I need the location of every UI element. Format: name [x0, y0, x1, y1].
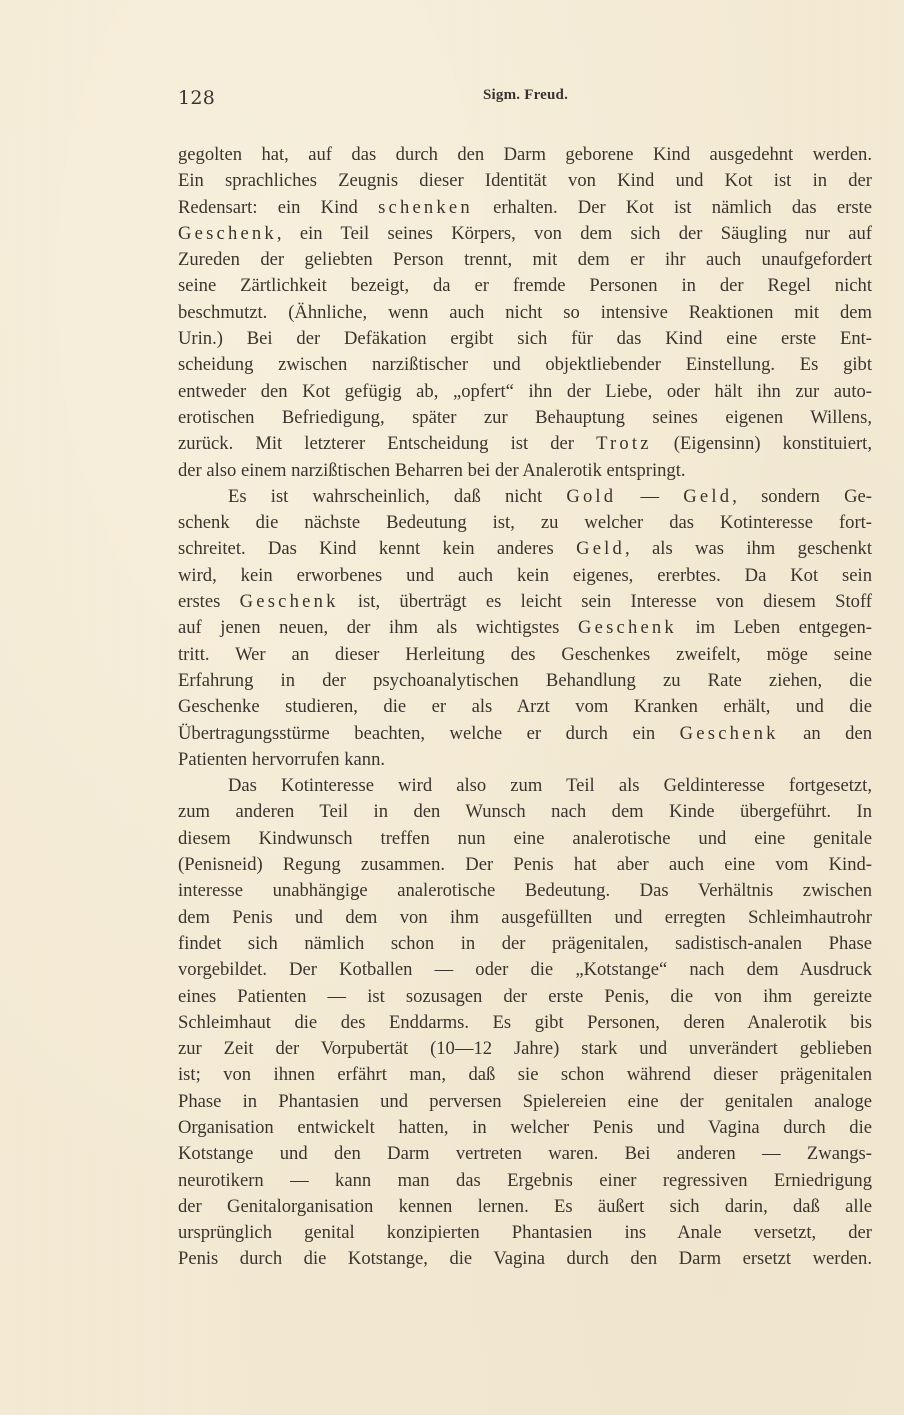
running-head: 128 Sigm. Freud. — [178, 87, 872, 113]
text-line: dem Penis und dem von ihm ausgefüllten u… — [178, 905, 872, 931]
text-line: Geschenke studieren, die er als Arzt vom… — [178, 694, 872, 720]
emphasized-word: Trotz — [596, 433, 652, 454]
text-line: neurotikern — kann man das Ergebnis eine… — [178, 1168, 872, 1194]
emphasized-word: schenken — [378, 197, 473, 218]
text-line: Übertragungsstürme beachten, welche er d… — [178, 721, 872, 747]
emphasized-word: Geschenk — [240, 591, 339, 612]
emphasized-word: Geld — [683, 486, 732, 507]
emphasized-word: Geschenk — [578, 617, 677, 638]
text-line: vorgebildet. Der Kotballen — oder die „K… — [178, 957, 872, 983]
text-line: Penis durch die Kotstange, die Vagina du… — [178, 1246, 872, 1272]
emphasized-word: Gold — [566, 486, 616, 507]
emphasized-word: Geld — [576, 538, 625, 559]
text-line: Geschenk, ein Teil seines Körpers, von d… — [178, 221, 872, 247]
running-title: Sigm. Freud. — [483, 87, 568, 104]
text-line: gegolten hat, auf das durch den Darm geb… — [178, 142, 872, 168]
text-line: Patienten hervorrufen kann. — [178, 747, 872, 773]
text-line: (Penisneid) Regung zusammen. Der Penis h… — [178, 852, 872, 878]
text-line: interesse unabhängige analerotische Bede… — [178, 878, 872, 904]
body-text: gegolten hat, auf das durch den Darm geb… — [178, 142, 872, 1273]
emphasized-word: Geschenk — [680, 723, 779, 744]
paragraph: Es ist wahrscheinlich, daß nicht Gold — … — [178, 484, 872, 773]
book-page: 128 Sigm. Freud. gegolten hat, auf das d… — [0, 0, 904, 1415]
text-line: Organisation entwickelt hatten, in welch… — [178, 1115, 872, 1141]
text-line: zum anderen Teil in den Wunsch nach dem … — [178, 799, 872, 825]
text-line: wird, kein erworbenes und auch kein eige… — [178, 563, 872, 589]
text-line: findet sich nämlich schon in der prägeni… — [178, 931, 872, 957]
emphasized-word: Geschenk — [178, 223, 277, 244]
text-line: der Genitalorganisation kennen lernen. E… — [178, 1194, 872, 1220]
text-line: Ein sprachliches Zeugnis dieser Identitä… — [178, 168, 872, 194]
text-line: Schleimhaut die des Enddarms. Es gibt Pe… — [178, 1010, 872, 1036]
page-number: 128 — [178, 87, 215, 109]
text-line: eines Patienten — ist sozusagen der erst… — [178, 984, 872, 1010]
text-line: Zureden der geliebten Person trennt, mit… — [178, 247, 872, 273]
text-line: diesem Kindwunsch treffen nun eine anale… — [178, 826, 872, 852]
text-line: Kotstange und den Darm vertreten waren. … — [178, 1141, 872, 1167]
text-line: schreitet. Das Kind kennt kein anderes G… — [178, 536, 872, 562]
text-line: ursprünglich genital konzipierten Phanta… — [178, 1220, 872, 1246]
text-line: Urin.) Bei der Defäkation ergibt sich fü… — [178, 326, 872, 352]
paragraph: Das Kotinteresse wird also zum Teil als … — [178, 773, 872, 1273]
text-line: zur Zeit der Vorpubertät (10—12 Jahre) s… — [178, 1036, 872, 1062]
text-line: seine Zärtlichkeit bezeigt, da er fremde… — [178, 273, 872, 299]
text-line: beschmutzt. (Ähnliche, wenn auch nicht s… — [178, 300, 872, 326]
text-line: schenk die nächste Bedeutung ist, zu wel… — [178, 510, 872, 536]
text-line: auf jenen neuen, der ihm als wichtigstes… — [178, 615, 872, 641]
text-line: ist; von ihnen erfährt man, daß sie scho… — [178, 1062, 872, 1088]
text-line: Das Kotinteresse wird also zum Teil als … — [178, 773, 872, 799]
text-line: erstes Geschenk ist, überträgt es leicht… — [178, 589, 872, 615]
text-line: Es ist wahrscheinlich, daß nicht Gold — … — [178, 484, 872, 510]
text-line: entweder den Kot gefügig ab, „opfert“ ih… — [178, 379, 872, 405]
text-line: Erfahrung in der psychoanalytischen Beha… — [178, 668, 872, 694]
text-line: tritt. Wer an dieser Herleitung des Gesc… — [178, 642, 872, 668]
text-line: zurück. Mit letzterer Entscheidung ist d… — [178, 431, 872, 457]
text-line: der also einem narzißtischen Beharren be… — [178, 458, 872, 484]
text-line: Phase in Phantasien und perversen Spiele… — [178, 1089, 872, 1115]
text-line: Redensart: ein Kind schenken erhalten. D… — [178, 195, 872, 221]
text-line: erotischen Befriedigung, später zur Beha… — [178, 405, 872, 431]
text-line: scheidung zwischen narzißtischer und obj… — [178, 352, 872, 378]
paragraph: gegolten hat, auf das durch den Darm geb… — [178, 142, 872, 484]
